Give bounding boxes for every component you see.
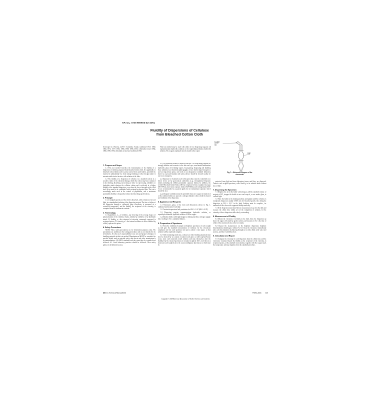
paragraph: 8.1 Mount the viscometer vertically in t…: [213, 218, 266, 224]
section-heading: 5. Apparatus and Reagents: [158, 201, 211, 203]
running-header: AATCC Test Method 82-2001: [122, 122, 155, 124]
viscometer-diagram-icon: [213, 141, 266, 172]
paragraph: 5.4 Solution bottles with tight stoppers…: [158, 217, 211, 221]
copyright-line: Copyright © 2009 American Association of…: [103, 298, 268, 300]
footer-manual-title: AATCC Technical Manual/2010: [103, 292, 126, 294]
page-footer: AATCC Technical Manual/2010 TM 82-2001 1…: [103, 292, 268, 294]
paragraph: 2.1 A weighed specimen of the cloth is d…: [103, 200, 156, 210]
section-heading: 1. Purpose and Scope: [103, 165, 156, 167]
figure-caption: Fig. 1—Schematic diagram of the viscomet…: [213, 172, 266, 176]
revision-history: Developed in 1954 by AATCC Committee RA3…: [103, 147, 156, 153]
footer-method-number: TM 82-2001: [252, 292, 261, 294]
column-2-blocks: 4.2 All chemicals should be handled with…: [158, 163, 211, 247]
paragraph: 6.1 From the conditioned sample cut dupl…: [158, 225, 211, 233]
paragraph: 4.2 All chemicals should be handled with…: [158, 163, 211, 178]
paragraph: 1.2 The fluidity of a dispersion of cell…: [103, 179, 156, 196]
section-heading: 9. Calculation and Report: [213, 235, 266, 237]
paragraph: 3.1 degradation, n.—of cellulose, any lo…: [103, 215, 156, 225]
revision-history-row: Developed in 1954 by AATCC Committee RA3…: [103, 147, 216, 153]
paragraph: 1.1 This test method describes the deter…: [103, 167, 156, 177]
section-heading: 7. Dispersing the Specimen: [213, 189, 266, 191]
paragraph: 4.3 Exposure to chemicals used in this p…: [158, 178, 211, 193]
paragraph: 9.1 Compute the viscosity of each disper…: [213, 238, 266, 246]
section-heading: 8. Measurement of Fluidity: [213, 216, 266, 218]
figure-label-bulb: 5 mL bulb: [248, 152, 261, 155]
paragraph: 5.2 Constant temperature bath, maintaine…: [158, 209, 211, 211]
section-heading: 2. Principle: [103, 197, 156, 199]
section-heading: 6. Preparation of Specimens: [158, 222, 211, 224]
applicability-note: This test method may be used with either…: [160, 147, 211, 153]
paragraph: 7.2 Place the bottle in the shaking mach…: [213, 199, 266, 207]
page-title: Fluidity of Dispersions of Cellulose fro…: [103, 129, 256, 137]
paragraph: 8.2 Repeat the measurement on the duplic…: [213, 225, 266, 233]
paragraph: 7.1 Displace the air in the bottle with …: [213, 192, 266, 198]
column-3-blocks: protected from light and from laboratory…: [213, 181, 266, 246]
page-content: AATCC Test Method 82-2001 Fluidity of Di…: [103, 122, 268, 304]
footer-page-number: 123: [265, 292, 268, 294]
text-column-3: To rubber suction tube 5 mL bulb Fig. 1—…: [213, 141, 266, 292]
text-column-1: 1. Purpose and Scope1.1 This test method…: [103, 163, 156, 292]
paragraph: 4.4 Adequate ventilation must be provide…: [158, 193, 211, 199]
figure-1: To rubber suction tube 5 mL bulb Fig. 1—…: [213, 141, 266, 181]
document-page: AATCC Test Method 82-2001 Fluidity of Di…: [103, 122, 268, 304]
paragraph: NOTE: These safety precautions are for i…: [103, 230, 156, 247]
paragraph: 7.3 If the dispersion must stand before …: [213, 208, 266, 214]
section-heading: 4. Safety Precautions: [103, 227, 156, 229]
section-heading: 3. Terminology: [103, 212, 156, 214]
paragraph: 5.1 Viscometer, glass, of the form and d…: [158, 204, 211, 208]
paragraph: 5.3 Dispersing reagent: cuprammonium hyd…: [158, 212, 211, 216]
figure-label-suction-tube: To rubber suction tube: [214, 141, 228, 145]
footer-method-and-page: TM 82-2001 123: [249, 292, 268, 294]
column-1-blocks: 1. Purpose and Scope1.1 This test method…: [103, 165, 156, 247]
text-column-2: 4.2 All chemicals should be handled with…: [158, 163, 211, 292]
paragraph: 6.2 Cloth containing starch size, soften…: [158, 234, 211, 246]
paragraph: protected from light and from laboratory…: [213, 181, 266, 187]
title-line-2: from Bleached Cotton Cloth: [103, 132, 256, 136]
